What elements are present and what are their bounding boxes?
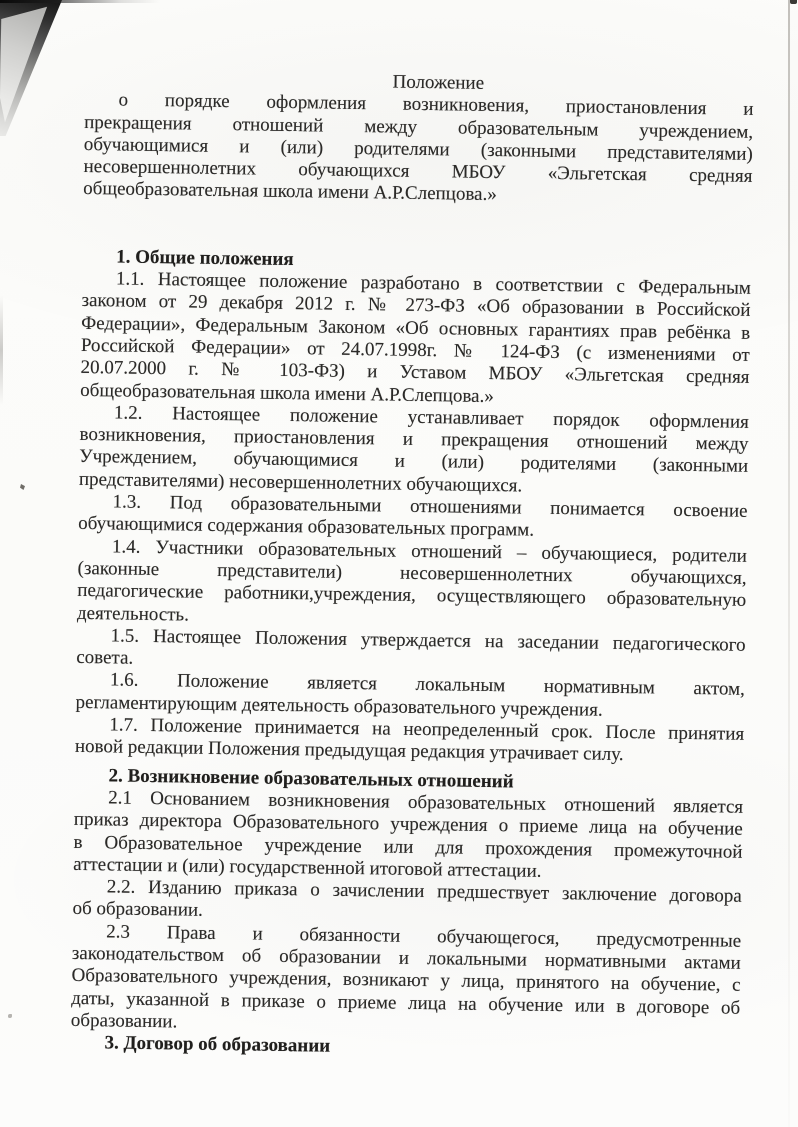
left-edge-smudge bbox=[0, 295, 3, 405]
paragraph: 1.1. Настоящее положение разработано в с… bbox=[80, 268, 751, 412]
top-edge-scan-line bbox=[0, 0, 160, 3]
top-right-scan-mark bbox=[790, 0, 797, 4]
document-body: Положениео порядке оформления возникнове… bbox=[70, 67, 754, 1064]
right-scan-line bbox=[788, 0, 790, 1127]
paragraph: 1.4. Участники образовательных отношений… bbox=[77, 536, 747, 635]
paragraph: о порядке оформления возникновения, прио… bbox=[83, 89, 754, 210]
scanned-page: Положениео порядке оформления возникнове… bbox=[0, 0, 798, 1127]
ink-speck bbox=[20, 484, 25, 490]
paragraph: 2.1 Основанием возникновения образовател… bbox=[73, 787, 743, 886]
ink-speck bbox=[8, 1014, 12, 1018]
paragraph: 2.3 Права и обязанности обучающегося, пр… bbox=[71, 921, 742, 1042]
paragraph: 1.2. Настоящее положение устанавливает п… bbox=[79, 402, 749, 501]
